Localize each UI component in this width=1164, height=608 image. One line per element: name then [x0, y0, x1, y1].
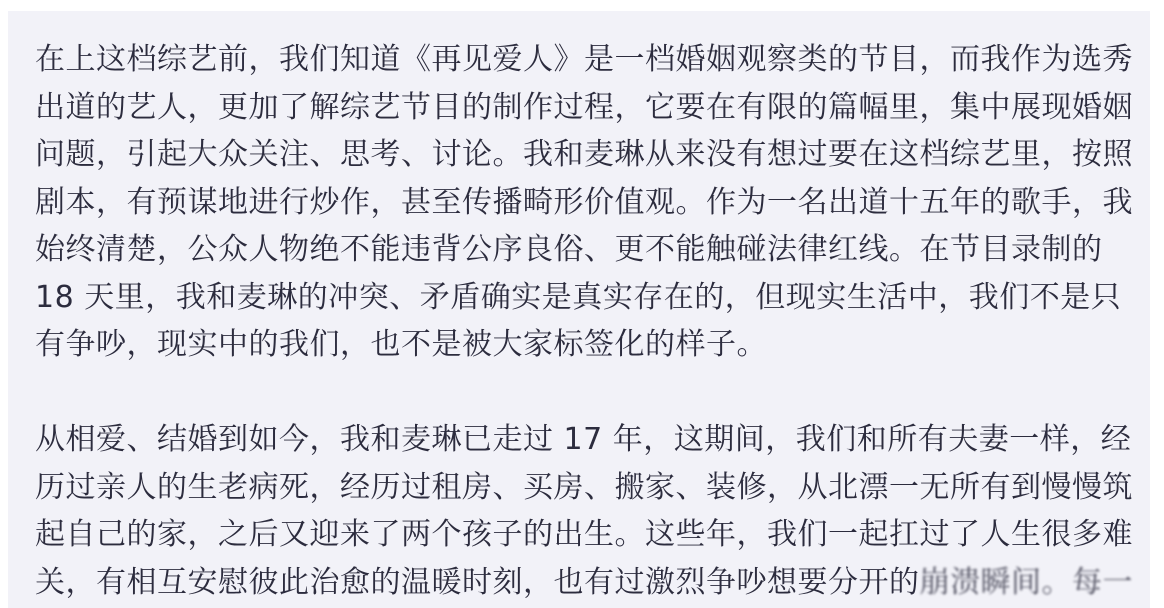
text-line-last: 关，有相互安慰彼此治愈的温暖时刻，也有过激烈争吵想要分开的崩溃瞬间。每一 [35, 559, 1150, 607]
text-line: 始终清楚，公众人物绝不能违背公序良俗、更不能触碰法律红线。在节目录制的 [35, 226, 1150, 274]
statement-text: 在上这档综艺前，我们知道《再见爱人》是一档婚姻观察类的节目，而我作为选秀 出道的… [8, 11, 1150, 606]
text-line: 起自己的家，之后又迎来了两个孩子的出生。这些年，我们一起扛过了人生很多难 [35, 511, 1150, 559]
text-line: 从相爱、结婚到如今，我和麦琳已走过 17 年，这期间，我们和所有夫妻一样，经 [35, 416, 1150, 464]
text-line: 出道的艺人，更加了解综艺节目的制作过程，它要在有限的篇幅里，集中展现婚姻 [35, 84, 1150, 132]
text-line: 有争吵，现实中的我们，也不是被大家标签化的样子。 [35, 321, 1150, 369]
text-line: 18 天里，我和麦琳的冲突、矛盾确实是真实存在的，但现实生活中，我们不是只 [35, 274, 1150, 322]
text-line: 历过亲人的生老病死，经历过租房、买房、搬家、装修，从北漂一无所有到慢慢筑 [35, 464, 1150, 512]
last-line-blurred-text: 崩溃瞬间。每一 [920, 565, 1134, 600]
text-line: 在上这档综艺前，我们知道《再见爱人》是一档婚姻观察类的节目，而我作为选秀 [35, 36, 1150, 84]
paragraph-2: 从相爱、结婚到如今，我和麦琳已走过 17 年，这期间，我们和所有夫妻一样，经 历… [35, 416, 1150, 606]
paragraph-1: 在上这档综艺前，我们知道《再见爱人》是一档婚姻观察类的节目，而我作为选秀 出道的… [35, 36, 1150, 369]
text-line: 剧本，有预谋地进行炒作，甚至传播畸形价值观。作为一名出道十五年的歌手，我 [35, 179, 1150, 227]
text-line: 问题，引起大众关注、思考、讨论。我和麦琳从来没有想过要在这档综艺里，按照 [35, 131, 1150, 179]
last-line-clear-text: 关，有相互安慰彼此治愈的温暖时刻，也有过激烈争吵想要分开的 [35, 565, 920, 600]
statement-image: 在上这档综艺前，我们知道《再见爱人》是一档婚姻观察类的节目，而我作为选秀 出道的… [8, 11, 1150, 608]
